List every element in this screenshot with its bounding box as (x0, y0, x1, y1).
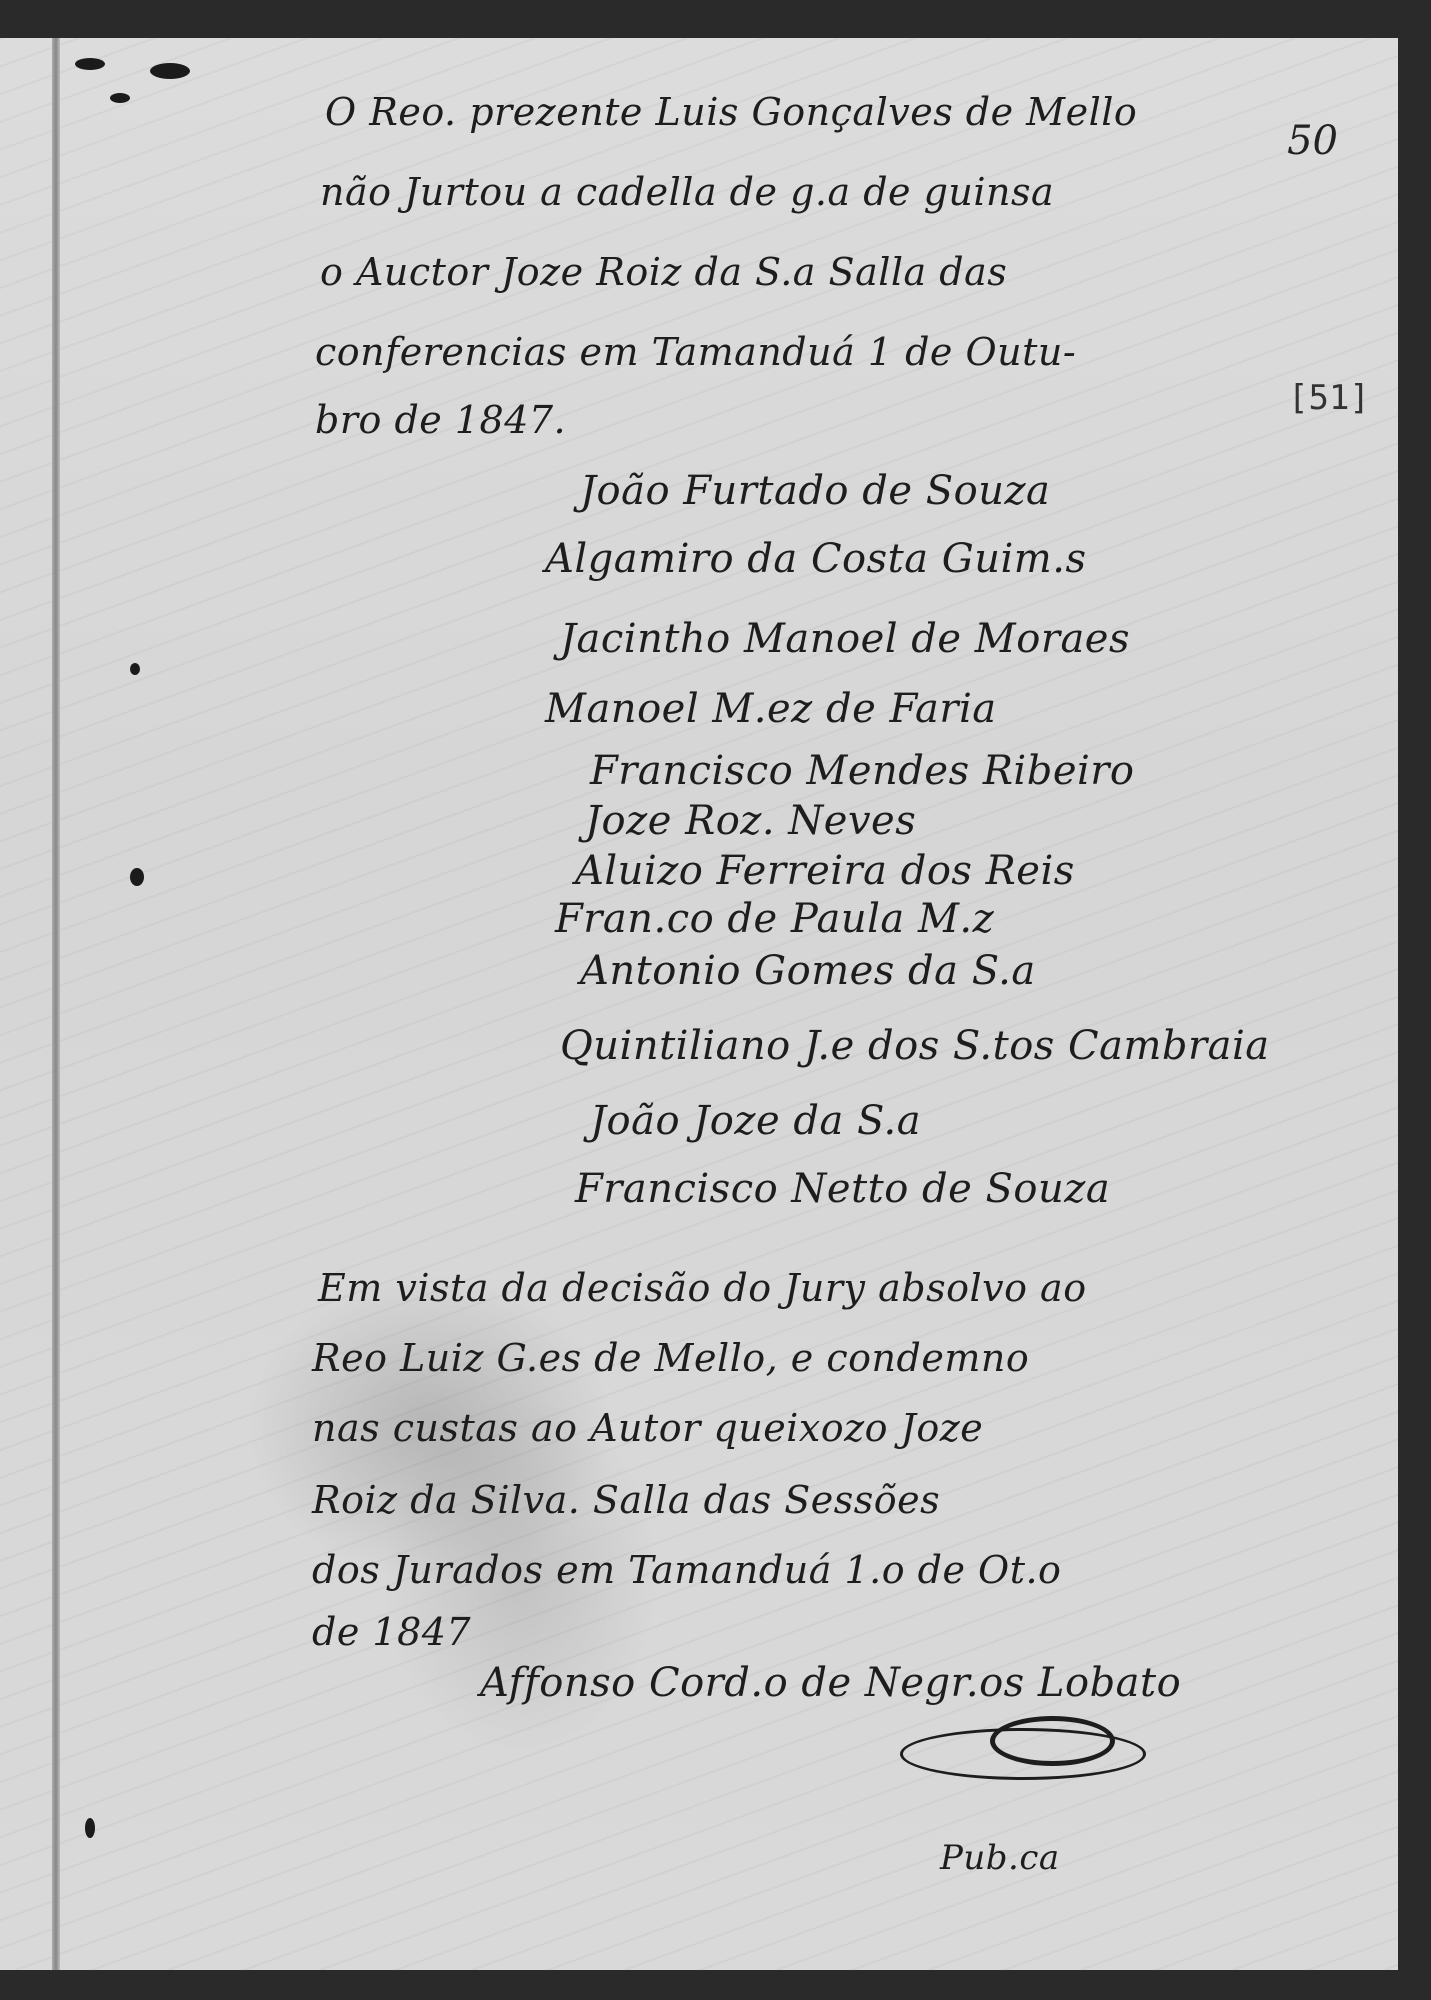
text-line: o Auctor Joze Roiz da S.a Salla das (320, 250, 1007, 294)
signature: Francisco Mendes Ribeiro (590, 748, 1135, 794)
text-line: O Reo. prezente Luis Gonçalves de Mello (325, 90, 1137, 134)
signature: Joze Roz. Neves (585, 798, 916, 844)
binding-crease (52, 38, 60, 1970)
text-line: conferencias em Tamanduá 1 de Outu- (315, 330, 1076, 374)
text-line: Reo Luiz G.es de Mello, e condemno (312, 1336, 1029, 1380)
signature: Antonio Gomes da S.a (580, 948, 1036, 994)
signature: Manoel M.ez de Faria (545, 686, 997, 732)
text-line: Em vista da decisão do Jury absolvo ao (318, 1266, 1087, 1310)
text-line: nas custas ao Autor queixozo Joze (312, 1406, 983, 1450)
signature: Fran.co de Paula M.z (555, 896, 994, 942)
edge-damage (110, 93, 130, 103)
archive-stamp: [51] (1288, 378, 1370, 418)
signature: Aluizo Ferreira dos Reis (575, 848, 1075, 894)
edge-damage (75, 58, 105, 70)
rubric: Pub.ca (940, 1838, 1060, 1878)
edge-damage (150, 63, 190, 79)
signature-flourish (990, 1716, 1115, 1766)
text-line: bro de 1847. (315, 398, 566, 442)
folio-number: 50 (1287, 118, 1338, 164)
signature: Quintiliano J.e dos S.tos Cambraia (560, 1023, 1270, 1069)
signature: Jacintho Manoel de Moraes (560, 616, 1130, 662)
text-line: não Jurtou a cadella de g.a de guinsa (320, 170, 1054, 214)
manuscript-page: 50 [51] O Reo. prezente Luis Gonçalves d… (0, 38, 1398, 1970)
ink-blot (85, 1818, 95, 1838)
text-line: Roiz da Silva. Salla das Sessões (312, 1478, 940, 1522)
judge-signature: Affonso Cord.o de Negr.os Lobato (480, 1660, 1181, 1706)
ink-blot (130, 663, 140, 675)
ink-blot (130, 868, 144, 886)
text-line: dos Jurados em Tamanduá 1.o de Ot.o (312, 1548, 1061, 1592)
signature: Francisco Netto de Souza (575, 1166, 1110, 1212)
signature: Algamiro da Costa Guim.s (545, 536, 1086, 582)
signature: João Joze da S.a (590, 1098, 921, 1144)
text-line: de 1847 (312, 1610, 471, 1654)
signature: João Furtado de Souza (580, 468, 1050, 514)
